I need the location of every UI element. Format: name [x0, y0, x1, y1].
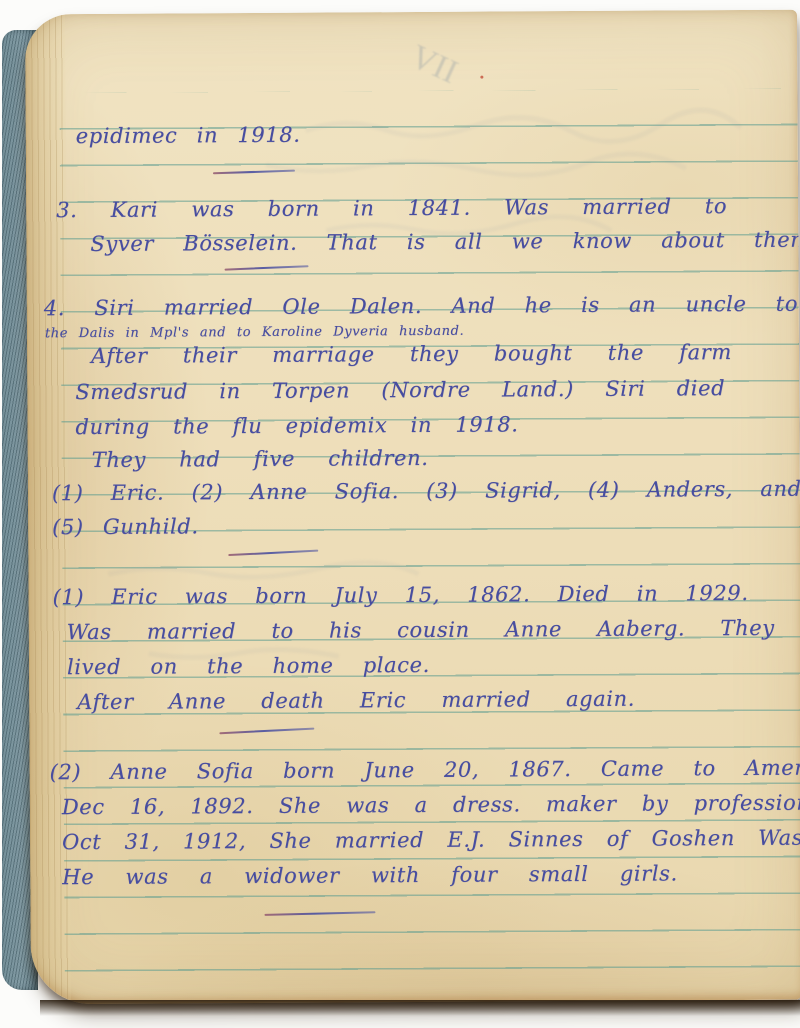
handwritten-line: 4. Siri married Ole Dalen. And he is an …: [44, 292, 798, 321]
handwritten-line: Oct 31, 1912, She married E.J. Sinnes of…: [62, 825, 800, 854]
handwritten-line: He was a widower with four small girls.: [62, 861, 678, 889]
handwritten-line: lived on the home place.: [67, 653, 430, 679]
handwritten-line: epidimec in 1918.: [76, 123, 301, 148]
handwritten-line: 3. Kari was born in 1841. Was married to: [56, 194, 727, 222]
handwritten-line: (2) Anne Sofia born June 20, 1867. Came …: [50, 755, 800, 784]
handwritten-line: (1) Eric was born July 15, 1862. Died in…: [52, 581, 748, 609]
handwritten-line: during the flu epidemix in 1918.: [75, 412, 518, 439]
handwritten-line: Smedsrud in Torpen (Nordre Land.) Siri d…: [75, 376, 725, 404]
ink-bleed-through: [25, 10, 800, 1005]
handwritten-line: the Dalis in Mpl's and to Karoline Dyver…: [45, 324, 464, 342]
notebook-page: VII epidimec in 1918.3. Kari was born in…: [25, 10, 800, 1005]
handwritten-line: Syver Bösselein. That is all we know abo…: [90, 228, 800, 256]
handwritten-line: Was married to his cousin Anne Aaberg. T…: [67, 616, 775, 644]
handwritten-line: After Anne death Eric married again.: [77, 687, 635, 714]
red-ink-speck: [480, 76, 483, 79]
handwritten-line: Dec 16, 1892. She was a dress. maker by …: [62, 791, 800, 820]
handwritten-line: They had five children.: [92, 446, 429, 472]
handwritten-line: (1) Eric. (2) Anne Sofia. (3) Sigrid, (4…: [52, 477, 800, 506]
handwritten-line: After their marriage they bought the far…: [91, 340, 732, 368]
handwritten-line: (5) Gunhild.: [52, 514, 199, 539]
bottom-page-shadow: [40, 1000, 800, 1016]
notebook-scan: VII epidimec in 1918.3. Kari was born in…: [0, 0, 800, 1028]
